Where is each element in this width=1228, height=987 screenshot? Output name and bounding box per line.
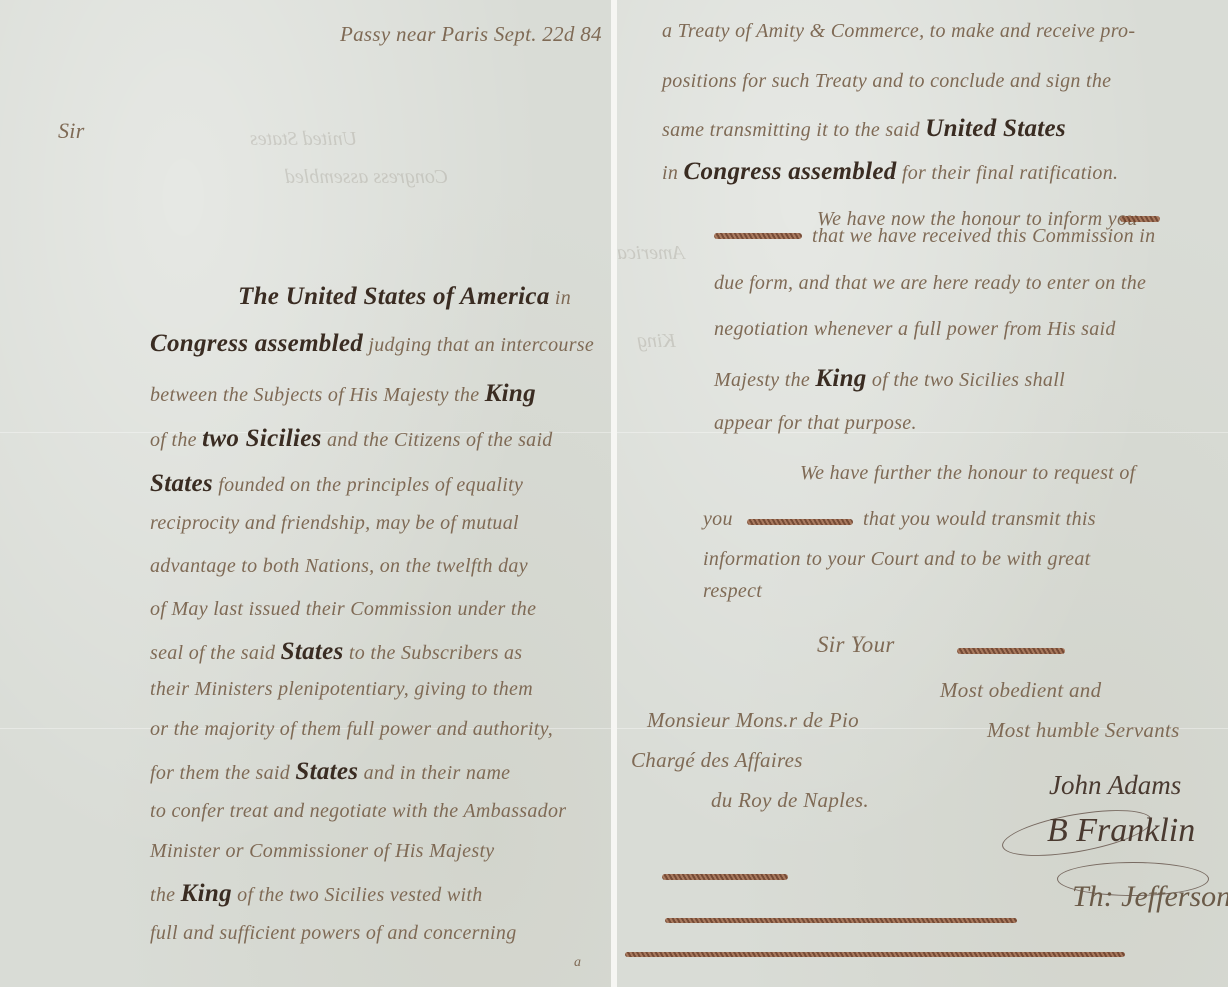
bleed-through-text: King [637,330,676,353]
body-line: you [703,508,733,531]
body-line: of the two Sicilies and the Citizens of … [150,425,553,453]
strikeout-mark [665,918,1017,923]
bleed-through-text: United States [250,128,357,151]
strikeout-mark [625,952,1125,957]
body-line: between the Subjects of His Majesty the … [150,380,536,408]
body-line: respect [703,580,762,603]
body-line: appear for that purpose. [714,412,917,435]
body-line: full and sufficient powers of and concer… [150,922,517,945]
body-line: Congress assembled judging that an inter… [150,330,594,358]
catchword: a [574,955,581,971]
signature-franklin: B Franklin [1047,812,1195,850]
body-line: Majesty the King of the two Sicilies sha… [714,365,1065,393]
addressee-line: Chargé des Affaires [631,748,803,773]
closing-line: Most obedient and [940,678,1101,703]
body-line: or the majority of them full power and a… [150,718,553,741]
left-page: United States Congress assembled Passy n… [0,0,611,987]
body-line: same transmitting it to the said United … [662,115,1066,143]
body-line: that you would transmit this [863,508,1096,531]
body-line: positions for such Treaty and to conclud… [662,70,1111,93]
strikeout-mark [747,519,853,525]
body-line: information to your Court and to be with… [703,548,1091,571]
fold-line [617,432,1228,433]
strikeout-mark [1120,216,1160,222]
body-line: in Congress assembled for their final ra… [662,158,1118,186]
body-line: to confer treat and negotiate with the A… [150,800,566,823]
strikeout-mark [714,233,802,239]
bleed-through-text: Congress assembled [285,166,448,189]
body-line: for them the said States and in their na… [150,758,510,786]
salutation: Sir [58,118,85,144]
dateline: Passy near Paris Sept. 22d 84 [340,22,602,47]
strikeout-mark [662,874,788,880]
addressee-line: Monsieur Mons.r de Pio [647,708,859,733]
letter-spread: United States Congress assembled Passy n… [0,0,1228,987]
body-line: seal of the said States to the Subscribe… [150,638,522,666]
body-line: due form, and that we are here ready to … [714,272,1146,295]
closing-line: Sir Your [817,632,895,658]
right-page: America King a Treaty of Amity & Commerc… [617,0,1228,987]
body-line: their Ministers plenipotentiary, giving … [150,678,533,701]
body-line: of May last issued their Commission unde… [150,598,536,621]
signature-jefferson: Th: Jefferson [1072,880,1228,914]
body-line: the King of the two Sicilies vested with [150,880,483,908]
body-line: a Treaty of Amity & Commerce, to make an… [662,20,1135,43]
body-line: negotiation whenever a full power from H… [714,318,1116,341]
body-line: reciprocity and friendship, may be of mu… [150,512,519,535]
signature-adams: John Adams [1049,770,1181,801]
body-line: States founded on the principles of equa… [150,470,523,498]
body-line: The United States of America in [238,283,571,311]
body-line: Minister or Commissioner of His Majesty [150,840,494,863]
strikeout-mark [957,648,1065,654]
body-line: that we have received this Commission in [812,225,1155,248]
body-line: advantage to both Nations, on the twelft… [150,555,528,578]
body-line: We have further the honour to request of [800,462,1135,485]
bleed-through-text: America [617,242,685,265]
closing-line: Most humble Servants [987,718,1180,743]
addressee-line: du Roy de Naples. [711,788,869,813]
